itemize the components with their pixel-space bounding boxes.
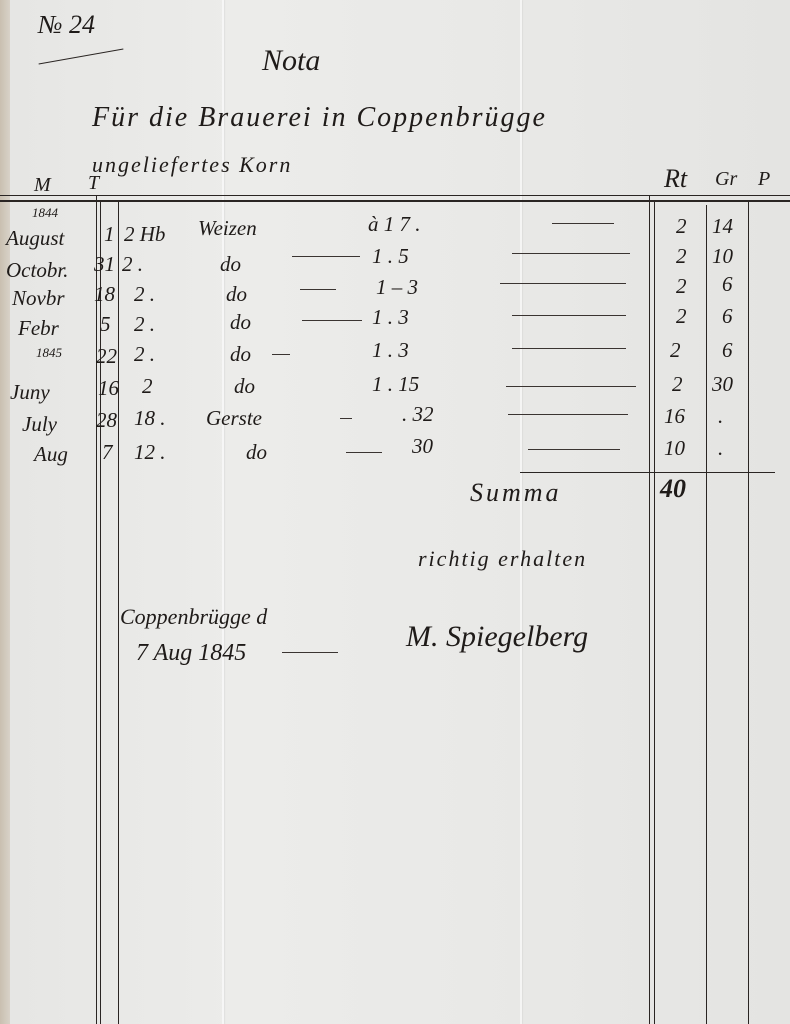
row-reichstaler: 2: [676, 244, 687, 269]
row-dash: [512, 253, 630, 254]
place-line: Coppenbrügge d: [120, 604, 267, 630]
row-price: 30: [412, 434, 433, 459]
row-dash: [346, 452, 382, 453]
row-dash: [552, 223, 614, 224]
row-dash: [500, 283, 626, 284]
document-title: Nota: [262, 44, 320, 78]
header-groschen-label: Gr: [715, 168, 737, 191]
row-day: 16: [98, 376, 119, 401]
row-day: 22: [96, 344, 117, 369]
row-dash: [302, 320, 362, 321]
row-day: 28: [96, 408, 117, 433]
row-item: do: [226, 282, 247, 307]
row-item: Gerste: [206, 406, 262, 431]
row-item: do: [246, 440, 267, 465]
row-dash: [506, 386, 636, 387]
column-rule-amount-left-double: [654, 200, 655, 1024]
row-day: 31: [94, 252, 115, 277]
row-price: 1 . 3: [372, 305, 409, 330]
row-price: 1 – 3: [376, 275, 418, 300]
column-rule-amount-left: [649, 195, 650, 1024]
row-day: 7: [102, 440, 113, 465]
row-quantity: 2: [142, 374, 153, 399]
row-day: 1: [104, 222, 115, 247]
row-quantity: 12 .: [134, 440, 166, 465]
row-groschen: 30: [712, 372, 733, 397]
row-reichstaler: 2: [672, 372, 683, 397]
row-price: 1 . 3: [372, 338, 409, 363]
row-dash: [340, 418, 352, 419]
subtotal-rule: [520, 472, 775, 473]
row-quantity: 2 .: [122, 252, 143, 277]
row-quantity: 2 .: [134, 282, 155, 307]
row-price: à 1 7 .: [368, 212, 421, 237]
document-subtitle-line1: Für die Brauerei in Coppenbrügge: [92, 102, 547, 134]
signature: M. Spiegelberg: [406, 620, 588, 654]
row-day: 5: [100, 312, 111, 337]
row-dash: [272, 354, 290, 355]
header-month-label: M: [34, 174, 51, 197]
paper-edge: [0, 0, 10, 1024]
receipt-note: richtig erhalten: [418, 546, 587, 572]
table-top-rule: [0, 195, 790, 196]
row-item: Weizen: [198, 216, 257, 241]
row-price: 1 . 5: [372, 244, 409, 269]
row-year: 1845: [36, 345, 62, 361]
row-dash: [512, 315, 626, 316]
sum-value: 40: [660, 474, 686, 504]
row-dash: [292, 256, 360, 257]
row-price: . 32: [402, 402, 434, 427]
row-groschen: 6: [722, 338, 733, 363]
row-item: do: [230, 342, 251, 367]
column-rule-p: [748, 200, 749, 1024]
row-groschen: 14: [712, 214, 733, 239]
row-dash: [512, 348, 626, 349]
header-reichstaler-label: Rt: [664, 164, 687, 194]
row-quantity: 2 .: [134, 342, 155, 367]
row-reichstaler: 2: [676, 304, 687, 329]
row-groschen: .: [718, 436, 723, 461]
row-dash: [300, 289, 336, 290]
column-rule-gr: [706, 205, 707, 1024]
document-subtitle-line2: ungeliefertes Korn: [92, 152, 292, 178]
fold-line-right: [520, 0, 522, 1024]
row-item: do: [230, 310, 251, 335]
row-dash: [528, 449, 620, 450]
row-reichstaler: 16: [664, 404, 685, 429]
row-month: July: [22, 412, 57, 437]
row-item: do: [234, 374, 255, 399]
row-month: Novbr: [12, 286, 65, 311]
row-day: 18: [94, 282, 115, 307]
column-rule-day-right: [118, 200, 119, 1024]
row-year: 1844: [32, 205, 58, 221]
row-reichstaler: 2: [676, 214, 687, 239]
row-groschen: 6: [722, 272, 733, 297]
row-dash: [508, 414, 628, 415]
row-reichstaler: 10: [664, 436, 685, 461]
row-item: do: [220, 252, 241, 277]
date-line: 7 Aug 1845: [136, 640, 246, 667]
row-month: August: [6, 226, 64, 251]
document-number: № 24: [38, 10, 95, 40]
header-day-label: T: [88, 172, 99, 195]
date-flourish: [282, 652, 338, 653]
row-quantity: 2 Hb: [124, 222, 165, 247]
row-quantity: 2 .: [134, 312, 155, 337]
row-quantity: 18 .: [134, 406, 166, 431]
row-groschen: 10: [712, 244, 733, 269]
row-reichstaler: 2: [676, 274, 687, 299]
row-groschen: 6: [722, 304, 733, 329]
row-month: Febr: [18, 316, 59, 341]
row-month: Juny: [10, 380, 50, 405]
column-rule-day-left: [96, 195, 97, 1024]
row-groschen: .: [718, 404, 723, 429]
row-month: Octobr.: [6, 258, 68, 283]
sum-label: Summa: [470, 478, 562, 508]
row-month: Aug: [34, 442, 68, 467]
row-price: 1 . 15: [372, 372, 419, 397]
row-reichstaler: 2: [670, 338, 681, 363]
header-pfennig-label: P: [758, 168, 770, 191]
